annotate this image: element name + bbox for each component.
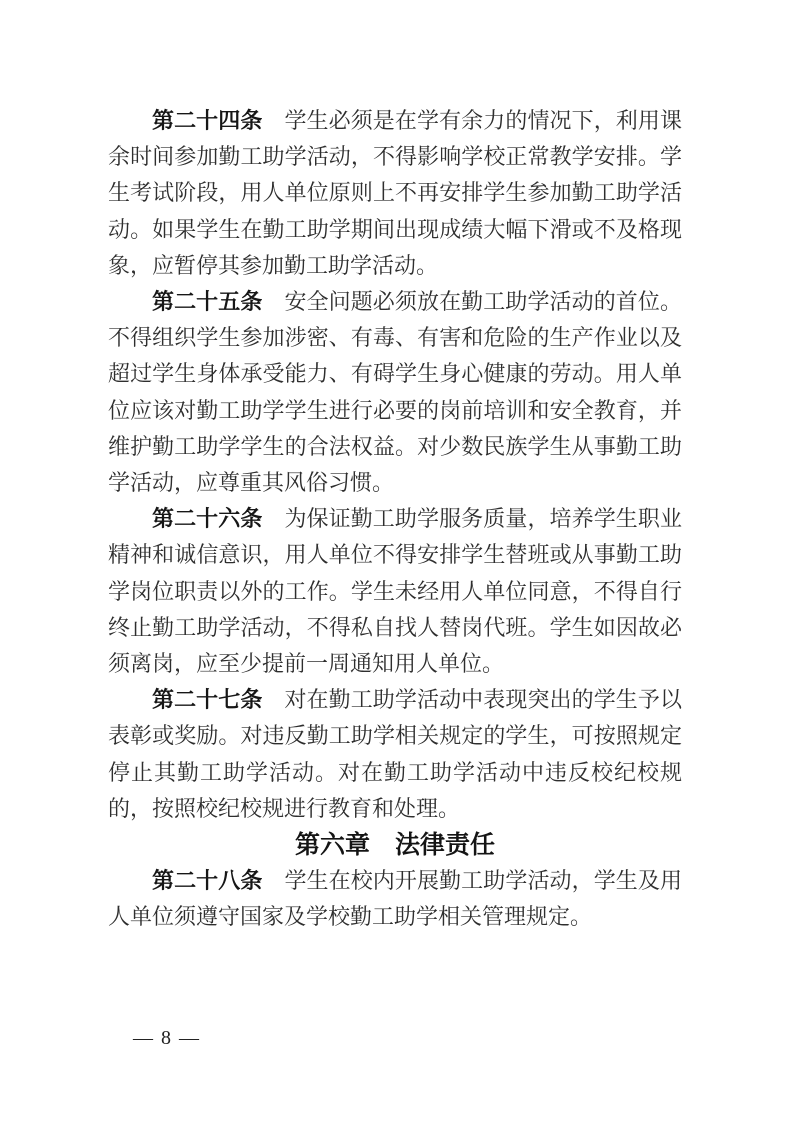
document-page: 第二十四条学生必须是在学有余力的情况下，利用课余时间参加勤工助学活动，不得影响学… [0, 0, 799, 1130]
article-24-text: 学生必须是在学有余力的情况下，利用课余时间参加勤工助学活动，不得影响学校正常教学… [108, 108, 682, 278]
page-number: —8— [133, 1027, 201, 1050]
page-number-suffix-dash: — [179, 1027, 201, 1049]
article-26-number: 第二十六条 [152, 506, 262, 531]
article-28: 第二十八条学生在校内开展勤工助学活动，学生及用人单位须遵守国家及学校勤工助学相关… [108, 863, 682, 935]
article-25: 第二十五条安全问题必须放在勤工助学活动的首位。不得组织学生参加涉密、有毒、有害和… [108, 284, 682, 501]
article-24-number: 第二十四条 [152, 108, 262, 133]
article-24: 第二十四条学生必须是在学有余力的情况下，利用课余时间参加勤工助学活动，不得影响学… [108, 103, 682, 284]
article-28-number: 第二十八条 [152, 868, 262, 893]
article-25-number: 第二十五条 [152, 289, 262, 314]
article-26-text: 为保证勤工助学服务质量，培养学生职业精神和诚信意识，用人单位不得安排学生替班或从… [108, 506, 682, 676]
article-27: 第二十七条对在勤工助学活动中表现突出的学生予以表彰或奖励。对违反勤工助学相关规定… [108, 682, 682, 827]
chapter-heading: 第六章 法律责任 [108, 827, 682, 863]
article-26: 第二十六条为保证勤工助学服务质量，培养学生职业精神和诚信意识，用人单位不得安排学… [108, 501, 682, 682]
page-number-prefix-dash: — [133, 1027, 155, 1049]
article-25-text: 安全问题必须放在勤工助学活动的首位。不得组织学生参加涉密、有毒、有害和危险的生产… [108, 289, 682, 495]
article-27-number: 第二十七条 [152, 687, 262, 712]
page-number-value: 8 [161, 1027, 173, 1049]
document-body: 第二十四条学生必须是在学有余力的情况下，利用课余时间参加勤工助学活动，不得影响学… [108, 103, 682, 936]
